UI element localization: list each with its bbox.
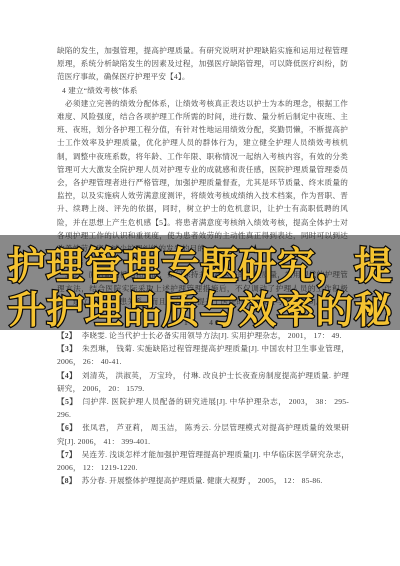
- reference-label: 【4】: [57, 371, 77, 380]
- reference-item-3: 【3】朱烈琳， 钱菊. 实施缺陷过程管理提高护理质量[J]. 中国农村卫生事业管…: [57, 342, 349, 368]
- reference-label: 【8】: [57, 476, 77, 485]
- reference-text: 吴连芳. 浅谈怎样才能加强护理管理提高护理质量[J]. 中华临床医学研究杂志， …: [57, 450, 349, 472]
- overlay-title: 护理管理专题研究，提 升护理品质与效率的秘: [0, 244, 400, 332]
- reference-item-8: 【8】苏分春. 开展整体护理提高护理质量. 健康大视野 ， 2005， 12： …: [57, 474, 349, 487]
- reference-item-6: 【6】张凤君， 芦亚莉， 周玉洁， 陈秀云. 分层管理模式对提高护理质量的效果研…: [57, 421, 349, 447]
- overlay-title-line2: 升护理品质与效率的秘: [0, 288, 400, 332]
- reference-text: 闫护萍. 医院护理人员配备的研究进展[J]. 中华护理杂志， 2003， 38：…: [57, 397, 349, 419]
- reference-text: 张凤君， 芦亚莉， 周玉洁， 陈秀云. 分层管理模式对提高护理质量的效果研究[J…: [57, 423, 349, 445]
- section-heading-performance: 4 建立“绩效考核”体系: [57, 84, 348, 97]
- reference-text: 朱烈琳， 钱菊. 实施缺陷过程管理提高护理质量[J]. 中国农村卫生事业管理， …: [57, 344, 349, 366]
- paragraph-defect-management: 缺陷的发生，加强管理，提高护理质量。有研究说明对护理缺陷实施和运用过程管理原理，…: [57, 44, 348, 84]
- reference-item-7: 【7】吴连芳. 浅谈怎样才能加强护理管理提高护理质量[J]. 中华临床医学研究杂…: [57, 448, 349, 474]
- paragraph-performance-system: 必须建立完善的绩效分配体系，让绩效考核真正表达以护士为本的理念，根据工作难度、风…: [57, 97, 348, 255]
- reference-label: 【2】: [57, 331, 77, 340]
- reference-text: 刘清英， 洪淑英， 万宝玲， 付琳. 改良护士长夜查房制度提高护理质量. 护理研…: [57, 371, 349, 393]
- reference-label: 【5】: [57, 397, 78, 406]
- reference-label: 【3】: [57, 344, 77, 353]
- references-list: 【2】李晓雯. 论当代护士长必备实用领导方法[J]. 实用护理杂志， 2001，…: [57, 329, 349, 487]
- reference-text: 李晓雯. 论当代护士长必备实用领导方法[J]. 实用护理杂志， 2001， 17…: [82, 331, 342, 340]
- reference-label: 【7】: [57, 450, 77, 459]
- reference-label: 【6】: [57, 423, 77, 432]
- overlay-title-line1: 护理管理专题研究，提: [0, 244, 400, 288]
- reference-item-5: 【5】闫护萍. 医院护理人员配备的研究进展[J]. 中华护理杂志， 2003， …: [57, 395, 349, 421]
- reference-item-4: 【4】刘清英， 洪淑英， 万宝玲， 付琳. 改良护士长夜查房制度提高护理质量. …: [57, 369, 349, 395]
- document-page: 缺陷的发生，加强管理，提高护理质量。有研究说明对护理缺陷实施和运用过程管理原理，…: [0, 0, 400, 566]
- reference-text: 苏分春. 开展整体护理提高护理质量. 健康大视野 ， 2005， 12： 85-…: [82, 476, 323, 485]
